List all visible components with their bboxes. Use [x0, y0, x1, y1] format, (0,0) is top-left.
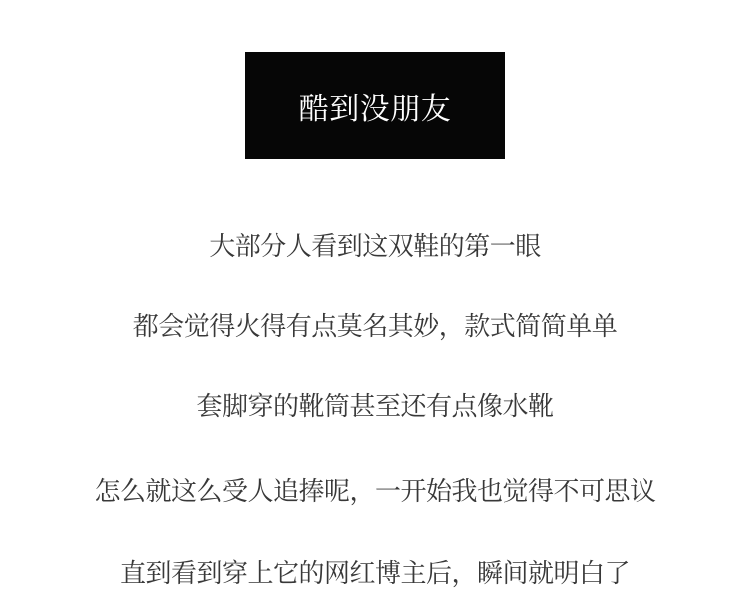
paragraph-line-1: 大部分人看到这双鞋的第一眼 — [0, 232, 750, 261]
article-page: 酷到没朋友 大部分人看到这双鞋的第一眼 都会觉得火得有点莫名其妙，款式简简单单 … — [0, 0, 750, 612]
section-title-text: 酷到没朋友 — [299, 84, 452, 128]
paragraph-line-5: 直到看到穿上它的网红博主后，瞬间就明白了 — [0, 559, 750, 588]
paragraph-line-3: 套脚穿的靴筒甚至还有点像水靴 — [0, 392, 750, 421]
paragraph-line-2: 都会觉得火得有点莫名其妙，款式简简单单 — [0, 312, 750, 341]
section-title-banner: 酷到没朋友 — [245, 52, 505, 159]
paragraph-line-4: 怎么就这么受人追捧呢，一开始我也觉得不可思议 — [0, 477, 750, 506]
